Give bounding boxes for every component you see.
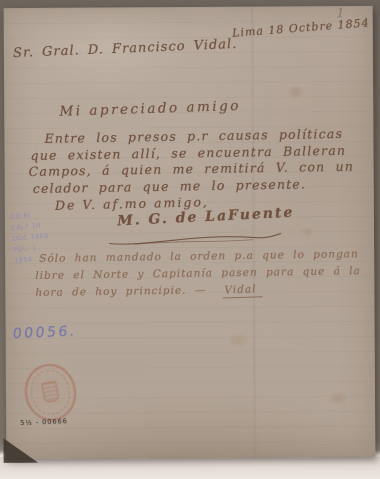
greeting: Mi apreciado amigo (59, 98, 241, 120)
postscript-line: libre el Norte y Capitanía pasen para qu… (35, 265, 361, 282)
postscript-text: hora de hoy principie. — (35, 284, 206, 299)
signature-rubric (105, 230, 285, 247)
date-line: Lima 18 Octbre 1854 (232, 16, 370, 39)
archive-seal-stamp (20, 360, 80, 425)
postscript-line: hora de hoy principie. —Vidal (35, 284, 262, 301)
catalog-number: 00056. (12, 323, 78, 342)
postscript-line: Sólo han mandado la orden p.a que lo pon… (39, 248, 359, 265)
body-line: celador para que me lo presente. (33, 176, 307, 196)
seal-crest-icon (41, 381, 59, 403)
bottom-code: 5½ - 00666 (20, 417, 68, 427)
salutation: Sr. Gral. D. Francisco Vidal. (13, 37, 238, 61)
scan-margin (0, 457, 380, 479)
postscript-signature: Vidal (222, 283, 263, 298)
torn-corner (3, 438, 38, 463)
scanned-letter: 1 Lima 18 Octbre 1854 Sr. Gral. D. Franc… (0, 0, 380, 479)
letter-paper: 1 Lima 18 Octbre 1854 Sr. Gral. D. Franc… (4, 6, 376, 459)
